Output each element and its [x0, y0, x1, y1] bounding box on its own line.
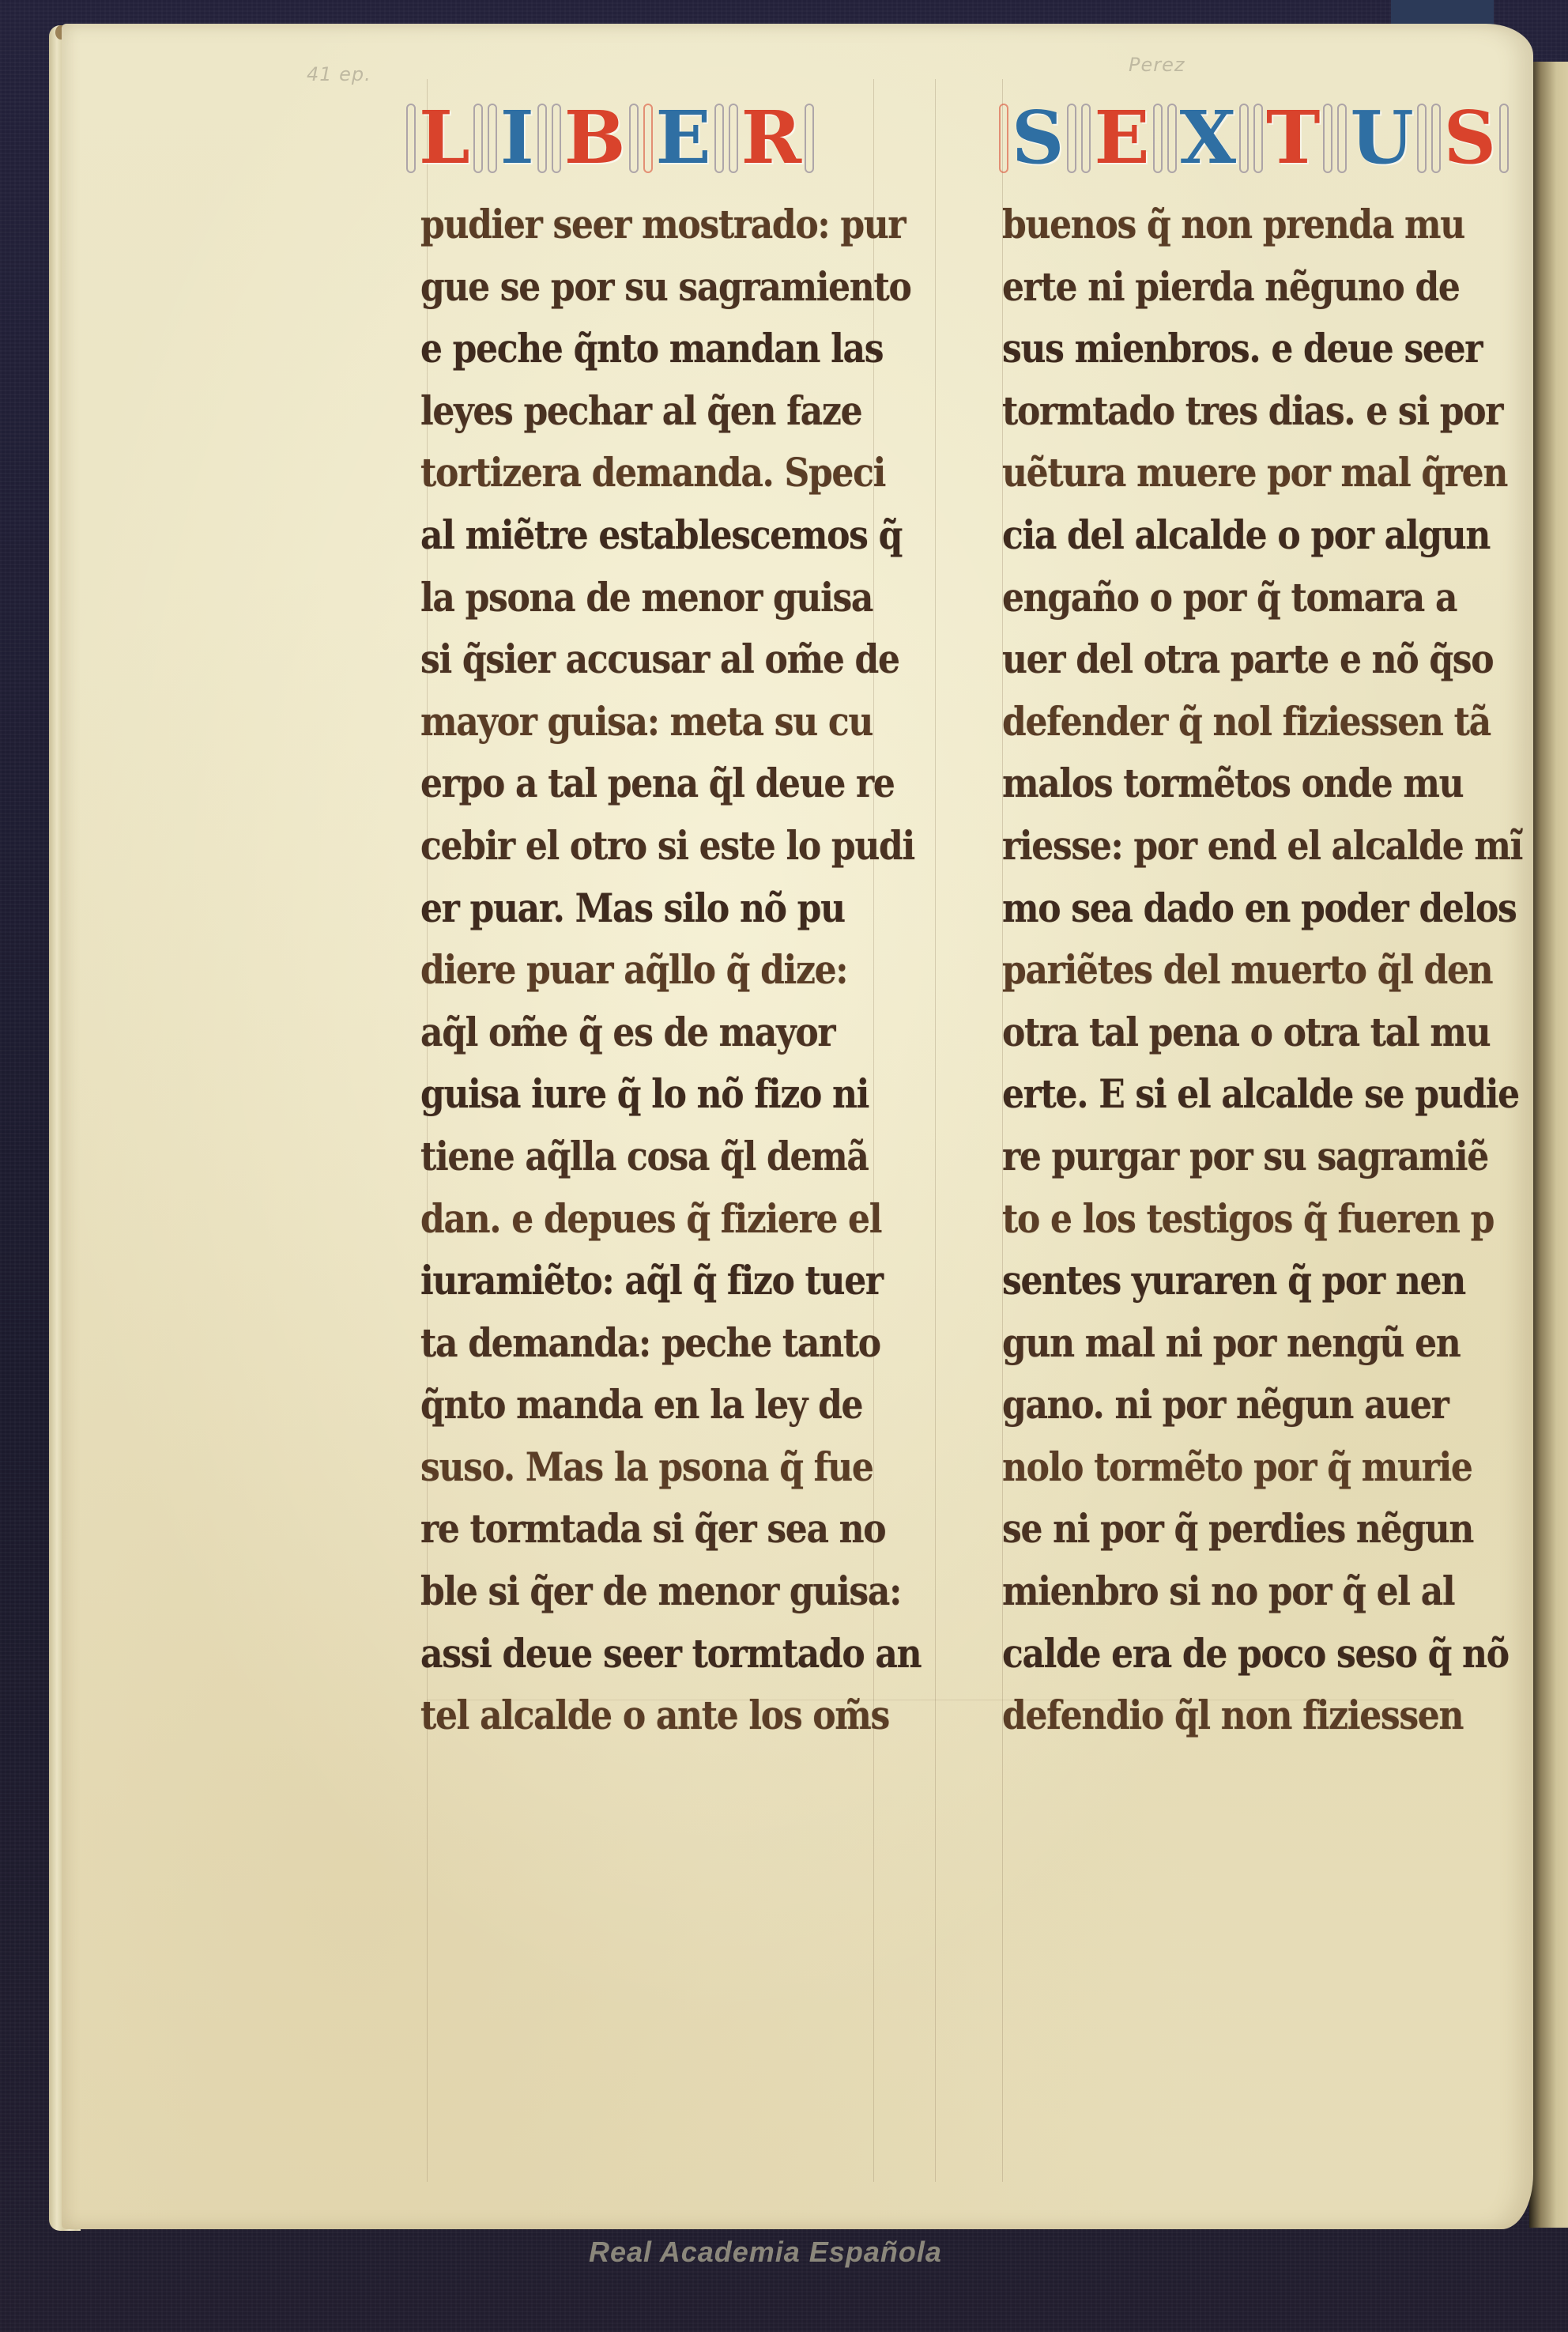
text-line: riesse: por end el alcalde mĩ [1002, 815, 1434, 877]
text-line: gun mal ni por nengũ en [1002, 1312, 1434, 1375]
text-line: dan. e depues q̃ fiziere el [420, 1188, 838, 1251]
text-line: re tormtada si q̃er sea no [420, 1498, 838, 1560]
initial-letter: E [648, 99, 719, 178]
text-line: tiene aq̃lla cosa q̃l demã [420, 1126, 838, 1188]
text-line: calde era de poco seso q̃ nõ [1002, 1623, 1434, 1685]
text-line: suso. Mas la psona q̃ fue [420, 1436, 838, 1499]
text-line: se ni por q̃ perdies nẽgun [1002, 1498, 1434, 1560]
text-line: ble si q̃er de menor guisa: [420, 1560, 838, 1623]
text-line: gue se por su sagramiento [420, 256, 838, 319]
text-line: sus mienbros. e deue seer [1002, 318, 1434, 380]
text-line: ta demanda: peche tanto [420, 1312, 838, 1375]
text-line: defendio q̃l non fiziessen [1002, 1685, 1434, 1747]
adjacent-leaf-edge [1529, 62, 1568, 2228]
ruling-line-gutter [935, 79, 936, 2182]
text-line: pudier seer mostrado: pur [420, 194, 838, 256]
text-line: malos tormẽtos onde mu [1002, 753, 1434, 815]
initial-letter: B [556, 99, 634, 178]
text-line: la psona de menor guisa [420, 567, 838, 629]
text-line: mienbro si no por q̃ el al [1002, 1560, 1434, 1623]
text-line: q̃nto manda en la ley de [420, 1374, 838, 1436]
initial-letter: S [1004, 99, 1072, 178]
text-line: engaño o por q̃ tomara a [1002, 567, 1434, 629]
running-title-liber: L I B E R [411, 99, 809, 178]
text-line: cebir el otro si este lo pudi [420, 815, 838, 877]
institution-watermark: Real Academia Española [589, 2236, 942, 2269]
text-line: mo sea dado en poder delos [1002, 877, 1434, 940]
text-column-left: pudier seer mostrado: pur gue se por su … [420, 194, 895, 1747]
running-title-sextus: S E X T U S [1004, 99, 1504, 178]
initial-letter: R [733, 99, 809, 178]
initial-letter: X [1172, 99, 1244, 178]
initial-letter: L [411, 99, 478, 178]
text-line: e peche q̃nto mandan las [420, 318, 838, 380]
text-line: otra tal pena o otra tal mu [1002, 1002, 1434, 1064]
text-line: re purgar por su sagramiẽ [1002, 1126, 1434, 1188]
pencil-name-note: Perez [1129, 54, 1185, 76]
initial-letter: T [1258, 99, 1328, 178]
text-line: aq̃l om̃e q̃ es de mayor [420, 1002, 838, 1064]
initial-letter: U [1342, 99, 1421, 178]
text-line: mayor guisa: meta su cu [420, 691, 838, 753]
text-line: tortizera demanda. Speci [420, 442, 838, 504]
text-line: diere puar aq̃llo q̃ dize: [420, 939, 838, 1002]
text-line: sentes yuraren q̃ por nen [1002, 1250, 1434, 1312]
text-line: pariẽtes del muerto q̃l den [1002, 939, 1434, 1002]
text-line: nolo tormẽto por q̃ murie [1002, 1436, 1434, 1499]
text-line: assi deue seer tormtado an [420, 1623, 838, 1685]
text-line: buenos q̃ non prenda mu [1002, 194, 1434, 256]
text-column-right: buenos q̃ non prenda mu erte ni pierda n… [1002, 194, 1492, 1747]
initial-letter: S [1436, 99, 1504, 178]
text-line: uer del otra parte e nõ q̃so [1002, 628, 1434, 691]
initial-letter: E [1086, 99, 1157, 178]
text-line: iuramiẽto: aq̃l q̃ fizo tuer [420, 1250, 838, 1312]
initial-letter: I [492, 99, 542, 178]
text-line: defender q̃ nol fiziessen tã [1002, 691, 1434, 753]
text-line: si q̃sier accusar al om̃e de [420, 628, 838, 691]
pencil-folio-note: 41 ep. [307, 63, 371, 85]
text-line: tel alcalde o ante los om̃s [420, 1685, 838, 1747]
text-line: cia del alcalde o por algun [1002, 504, 1434, 567]
text-line: gano. ni por nẽgun auer [1002, 1374, 1434, 1436]
text-line: erte ni pierda nẽguno de [1002, 256, 1434, 319]
text-line: er puar. Mas silo nõ pu [420, 877, 838, 940]
text-line: to e los testigos q̃ fueren p [1002, 1188, 1434, 1251]
text-line: uẽtura muere por mal q̃ren [1002, 442, 1434, 504]
text-line: al miẽtre establescemos q̃ [420, 504, 838, 567]
text-line: erte. E si el alcalde se pudie [1002, 1063, 1434, 1126]
text-line: erpo a tal pena q̃l deue re [420, 753, 838, 815]
text-line: leyes pechar al q̃en faze [420, 380, 838, 443]
text-line: tormtado tres dias. e si por [1002, 380, 1434, 443]
text-line: guisa iure q̃ lo nõ fizo ni [420, 1063, 838, 1126]
